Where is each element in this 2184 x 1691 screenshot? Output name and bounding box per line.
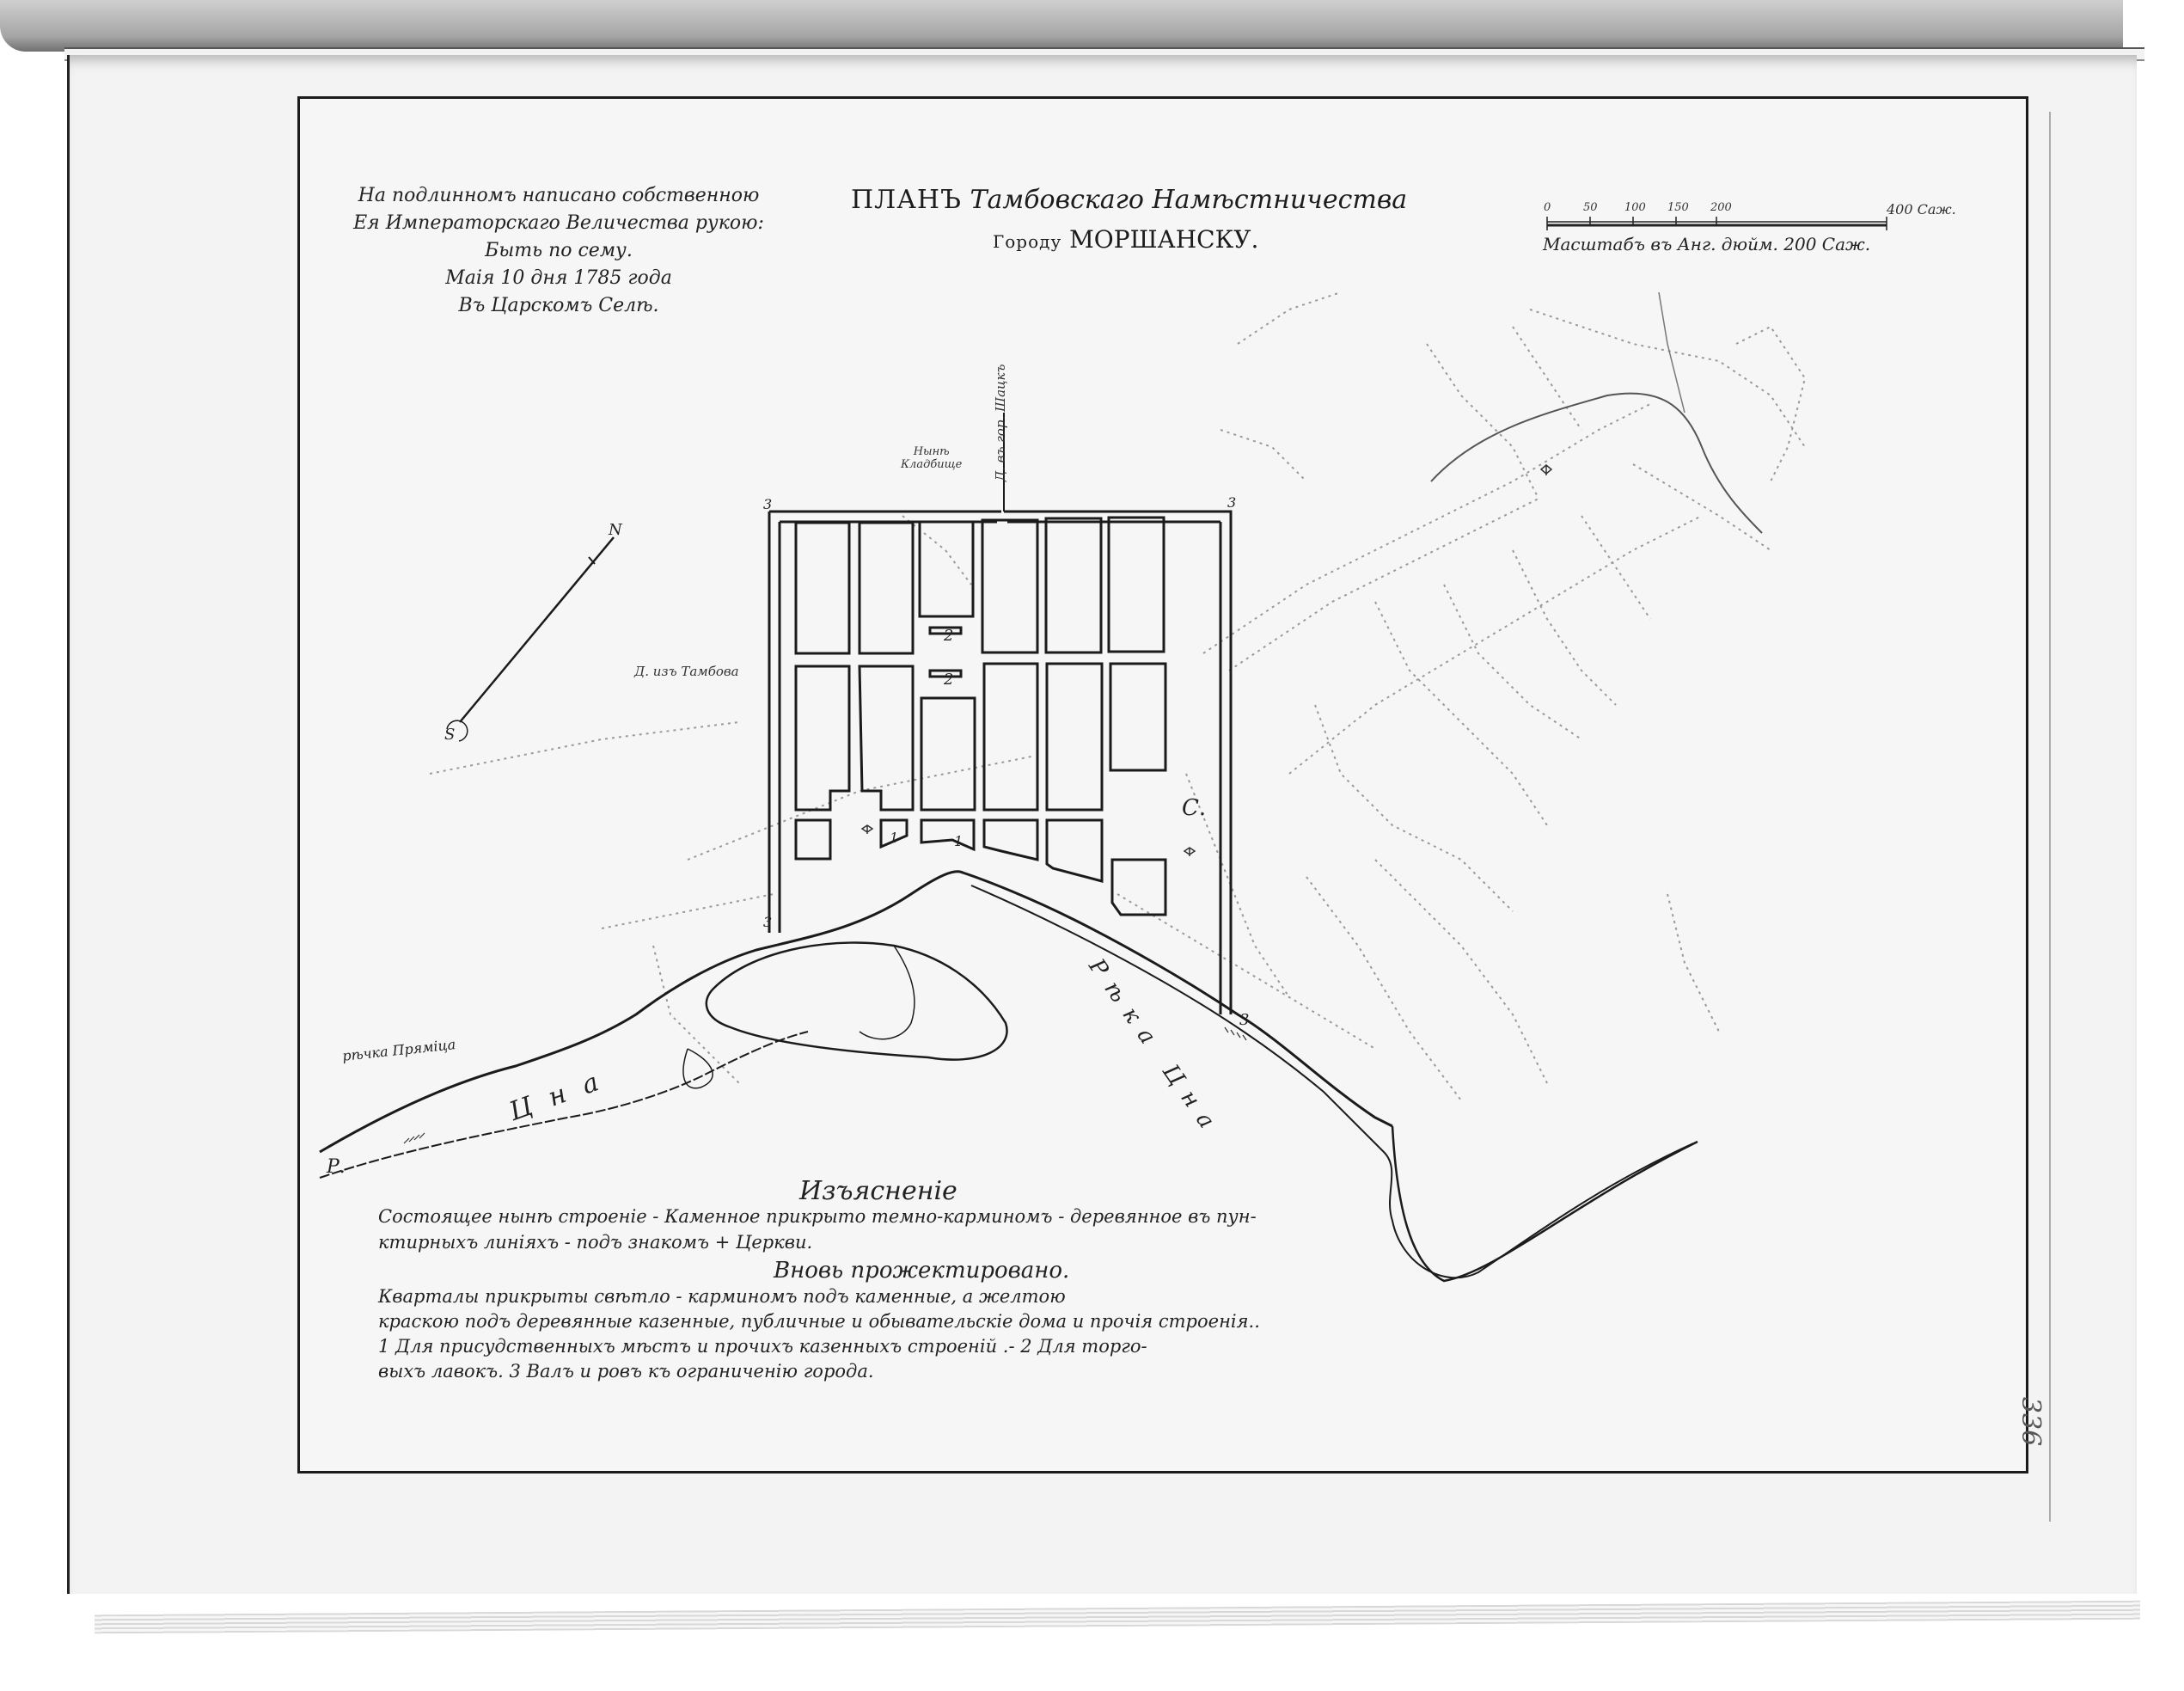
- legend-new-line: краскою подъ деревянные казенные, публич…: [378, 1310, 1260, 1333]
- block-number-2b: 2: [943, 671, 953, 689]
- legend-new-title: Вновь прожектировано.: [774, 1258, 1069, 1284]
- dedication-line: Въ Царскомъ Селѣ.: [335, 292, 782, 320]
- road-from-tambov-label: Д. изъ Тамбова: [634, 664, 739, 679]
- bridge-hatching: [404, 1027, 1246, 1143]
- legend-new-line: выхъ лавокъ. 3 Валъ и ровъ къ ограничені…: [378, 1360, 874, 1382]
- stream-right: [1431, 394, 1762, 534]
- legend-new-line: Кварталы прикрыты свѣтло - карминомъ под…: [378, 1285, 1066, 1308]
- page-number: 336: [2016, 1397, 2046, 1446]
- legend-title: Изъясненіе: [799, 1176, 957, 1206]
- dedication-line: Быть по сему.: [335, 237, 782, 265]
- blocks-row-1: [796, 518, 1164, 677]
- church-icon: [862, 465, 1551, 856]
- blocks-row-2: [796, 664, 1165, 810]
- church-mark-label: С.: [1182, 795, 1206, 821]
- scale-bar: [1547, 217, 1887, 230]
- river-mark-label: Р.: [327, 1156, 346, 1178]
- blocks-row-3: [796, 820, 1165, 915]
- town-rampart: [769, 512, 1231, 1014]
- title-city-prefix: Городу: [993, 231, 1061, 252]
- scale-tick-100: 100: [1624, 201, 1646, 214]
- map-subtitle: Городу МОРШАНСКУ.: [993, 225, 1258, 254]
- title-city-name: МОРШАНСКУ.: [1069, 225, 1258, 254]
- svg-text:3: 3: [763, 496, 772, 512]
- block-number-1b: 1: [954, 833, 963, 849]
- compass-needle: [447, 537, 614, 741]
- block-number-2a: 2: [943, 627, 953, 645]
- compass-south-label: S: [444, 726, 455, 744]
- title-region: Тамбовскаго Намѣстничества: [970, 185, 1407, 215]
- cemetery-label: Нынѣ Кладбище: [901, 445, 962, 471]
- legend-existing-line: Состоящее нынѣ строеніе - Каменное прикр…: [378, 1205, 1257, 1228]
- dedication-line: Маія 10 дня 1785 года: [335, 265, 782, 292]
- scale-tick-150: 150: [1667, 201, 1689, 214]
- svg-text:3: 3: [1227, 494, 1236, 511]
- scale-tick-200: 200: [1710, 201, 1732, 214]
- scale-caption: Масштабъ въ Анг. дюйм. 200 Саж.: [1543, 234, 1870, 254]
- dedication-line: Ея Императорскаго Величества рукою:: [335, 210, 782, 237]
- legend-new-line: 1 Для присудственныхъ мѣстъ и прочихъ ка…: [378, 1335, 1147, 1357]
- svg-text:3: 3: [763, 914, 772, 930]
- imperial-dedication: На подлинномъ написано собственною Ея Им…: [335, 182, 782, 320]
- block-number-1a: 1: [890, 830, 898, 846]
- legend-existing-line: ктирныхъ линіяхъ - подъ знакомъ + Церкви…: [378, 1231, 812, 1253]
- compass-north-label: N: [608, 521, 623, 539]
- scale-tick-50: 50: [1583, 201, 1598, 214]
- scale-tick-0: 0: [1544, 201, 1551, 214]
- title-plan-word: ПЛАНЪ: [851, 185, 962, 215]
- dedication-line: На подлинномъ написано собственною: [335, 182, 782, 210]
- road-to-shatsk-label: Д. въ гор. Шацкъ: [993, 365, 1008, 481]
- map-title: ПЛАНЪ Тамбовскаго Намѣстничества: [851, 185, 1407, 215]
- scale-tick-400: 400 Саж.: [1887, 201, 1956, 218]
